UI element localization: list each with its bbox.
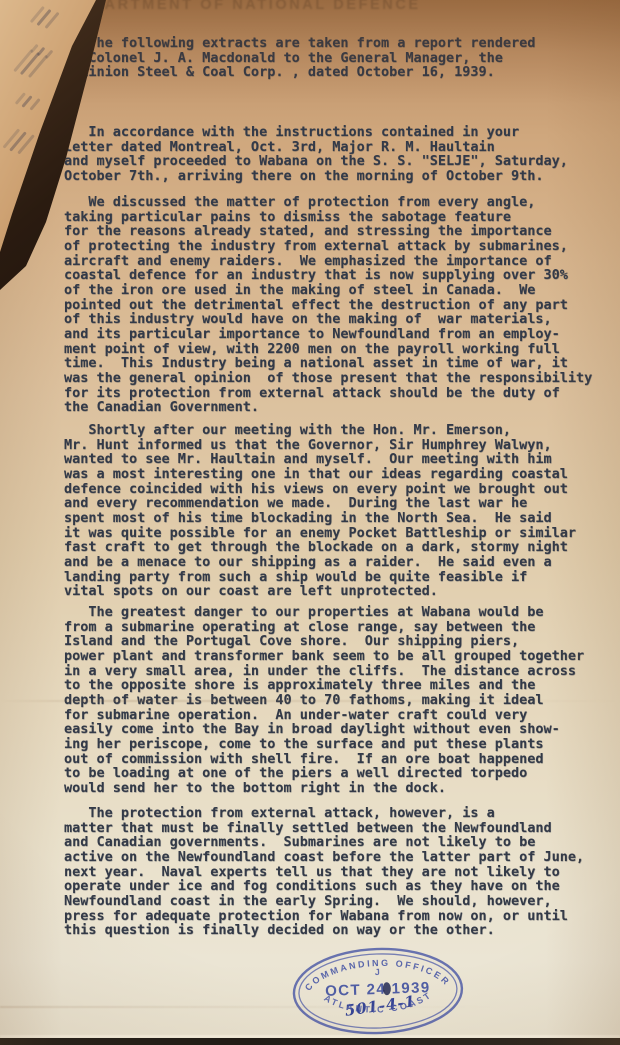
paragraph-instructions: In accordance with the instructions cont… xyxy=(64,125,568,184)
paragraph-submarine-danger: The greatest danger to our properties at… xyxy=(64,605,584,796)
page: DEPARTMENT OF NATIONAL DEFENCE The follo… xyxy=(0,0,620,1045)
letterhead: DEPARTMENT OF NATIONAL DEFENCE xyxy=(68,0,608,13)
paragraph-intro: The following extracts are taken from a … xyxy=(64,36,535,80)
fold-smudge xyxy=(9,131,27,151)
paragraph-external-attack: The protection from external attack, how… xyxy=(64,806,584,938)
stamp-graphic: COMMANDING OFFICER J OCT 24 1939 501-4-1… xyxy=(287,943,468,1043)
fold-smudge xyxy=(21,95,32,108)
stamp-center-mark: J xyxy=(375,967,380,977)
paragraph-governor-meeting: Shortly after our meeting with the Hon. … xyxy=(64,423,576,599)
paragraph-protection-discussion: We discussed the matter of protection fr… xyxy=(64,195,592,415)
fold-smudge xyxy=(37,47,46,57)
fold-smudge xyxy=(36,9,51,26)
approval-stamp: COMMANDING OFFICER J OCT 24 1939 501-4-1… xyxy=(287,943,468,1043)
photographed-document: DEPARTMENT OF NATIONAL DEFENCE The follo… xyxy=(0,0,620,1045)
page-bottom-edge xyxy=(0,1038,620,1045)
